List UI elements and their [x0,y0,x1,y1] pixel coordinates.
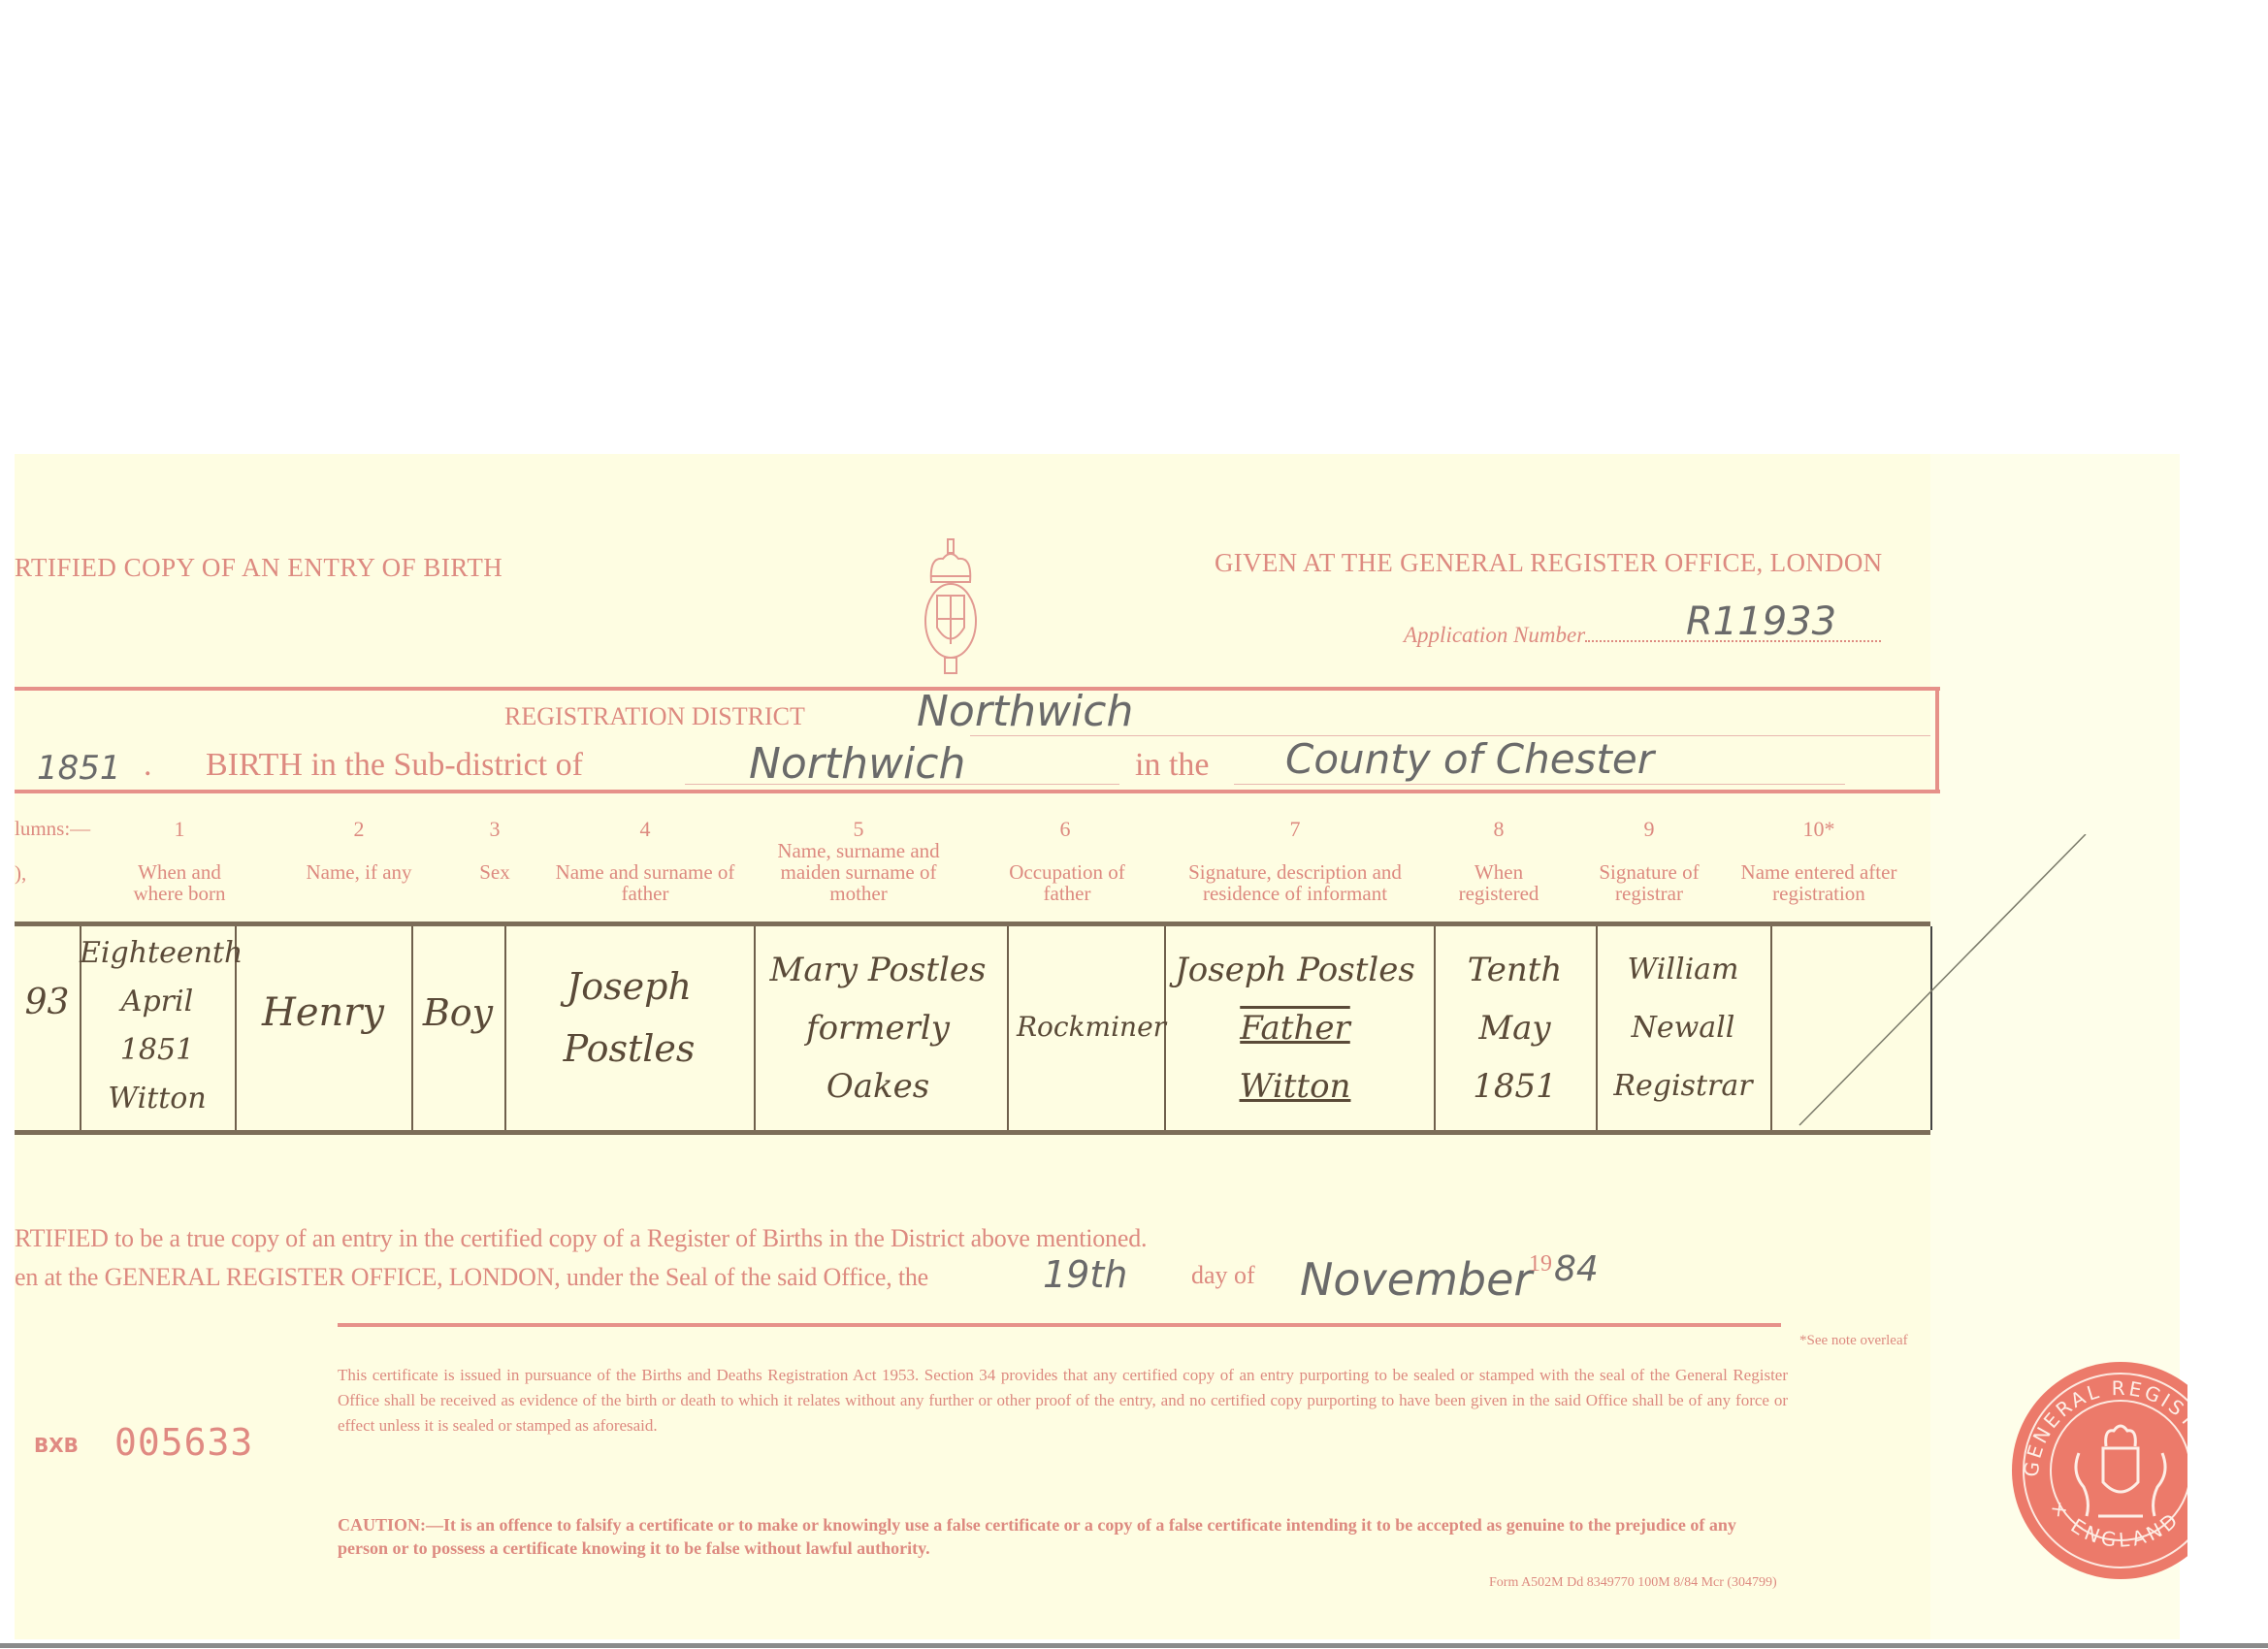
mother-maiden-name: Oakes [742,1057,1014,1115]
column-number: 7 [1276,817,1314,842]
in-the-label: in the [1135,747,1209,784]
general-register-seal: GENERAL REGISTER × ENGLAND × [2011,1361,2187,1580]
certificate-title: RTIFIED COPY OF AN ENTRY OF BIRTH [15,553,502,583]
column-number: 2 [340,817,378,842]
certification-year-suffix: 84 [1554,1249,1599,1289]
entry-mother: Mary Postles formerly Oakes [742,941,1014,1115]
certification-day-value: 19th [1043,1253,1127,1296]
column-header-name: Name, if any [281,861,437,883]
column-header-sex: Sex [466,861,524,883]
columns-label: lumns:— [15,817,90,841]
county-value: County of Chester [1285,735,1654,783]
year-dot: . [144,747,152,784]
column-number: 4 [626,817,664,842]
seal-icon: GENERAL REGISTER × ENGLAND × [2011,1361,2187,1580]
column-header-when-registered: When registered [1445,861,1552,904]
scanner-edge-line [0,1643,2268,1648]
day-of-label: day of [1191,1261,1255,1290]
registrar-title: Registrar [1596,1057,1770,1115]
birth-year: 1851 [80,1026,235,1075]
certification-rule [338,1323,1781,1327]
entry-father: Joseph Postles [504,955,754,1080]
column-number: 6 [1046,817,1085,842]
certification-year-prefix: 19 [1529,1251,1552,1277]
certification-line-2: en at the GENERAL REGISTER OFFICE, LONDO… [15,1263,928,1292]
column-header-mother: Name, surname and maiden surname of moth… [752,840,965,904]
informant-residence: Witton [1154,1057,1436,1115]
entry-sex: Boy [411,989,504,1036]
entry-top-rule [15,921,1930,926]
district-box-right-rule [1935,687,1939,793]
subdistrict-value: Northwich [749,739,965,789]
registrar-forename: William [1596,941,1770,999]
birth-day: Eighteenth [80,929,235,978]
column-header-occupation: Occupation of father [1004,861,1130,904]
father-forename: Joseph [504,955,754,1018]
column-number: 9 [1630,817,1669,842]
registered-day: Tenth [1434,941,1596,999]
entry-when-registered: Tenth May 1851 [1434,941,1596,1115]
entry-registrar: William Newall Registrar [1596,941,1770,1115]
registration-district-label: REGISTRATION DISTRICT [504,702,805,731]
entry-informant: Joseph Postles Father Witton [1154,941,1436,1115]
royal-crest-icon [922,535,980,681]
birth-place: Witton [80,1075,235,1123]
registered-month: May [1434,999,1596,1057]
registration-district-value: Northwich [917,687,1133,736]
certification-line-1: RTIFIED to be a true copy of an entry in… [15,1224,1147,1253]
application-number-value: R11933 [1686,599,1836,644]
diagonal-cancel-stroke-icon [1795,834,2095,1135]
father-surname: Postles [504,1018,754,1080]
caution-notice: CAUTION:—It is an offence to falsify a c… [338,1513,1788,1560]
entry-child-name: Henry [235,989,411,1036]
entry-bottom-rule [15,1130,1930,1135]
county-fill-line [1234,784,1845,785]
birth-month: April [80,978,235,1026]
column-header-father: Name and surname of father [543,861,747,904]
district-box-bottom-rule [15,790,1940,793]
birth-subdistrict-label: BIRTH in the Sub-district of [206,747,583,784]
mother-formerly: formerly [742,999,1014,1057]
column-divider [1770,926,1772,1130]
entry-number: 93 [15,980,80,1026]
registrar-surname: Newall [1596,999,1770,1057]
serial-prefix: BXB [34,1434,79,1457]
mother-name: Mary Postles [742,941,1014,999]
see-note-overleaf: *See note overleaf [1799,1333,1935,1349]
serial-number: 005633 [114,1421,253,1464]
form-code: Form A502M Dd 8349770 100M 8/84 Mcr (304… [1489,1575,1945,1591]
certification-month-value: November [1300,1253,1532,1306]
column-header-when-where-born: When and where born [116,861,243,904]
entry-year: 1851 [37,749,121,788]
registered-year: 1851 [1434,1057,1596,1115]
column-number: 8 [1479,817,1518,842]
column-number: 3 [475,817,514,842]
no-label: ), [15,861,26,886]
informant-description: Father [1154,999,1436,1057]
entry-when-where-born: Eighteenth April 1851 Witton [80,929,235,1123]
column-header-informant: Signature, description and residence of … [1154,861,1436,904]
column-header-registrar: Signature of registrar [1581,861,1717,904]
column-number: 1 [160,817,199,842]
legal-notice: This certificate is issued in pursuance … [338,1363,1788,1439]
application-label-text: Application Number [1404,623,1585,647]
informant-name: Joseph Postles [1154,941,1436,999]
given-at-heading: GIVEN AT THE GENERAL REGISTER OFFICE, LO… [1215,548,1882,578]
